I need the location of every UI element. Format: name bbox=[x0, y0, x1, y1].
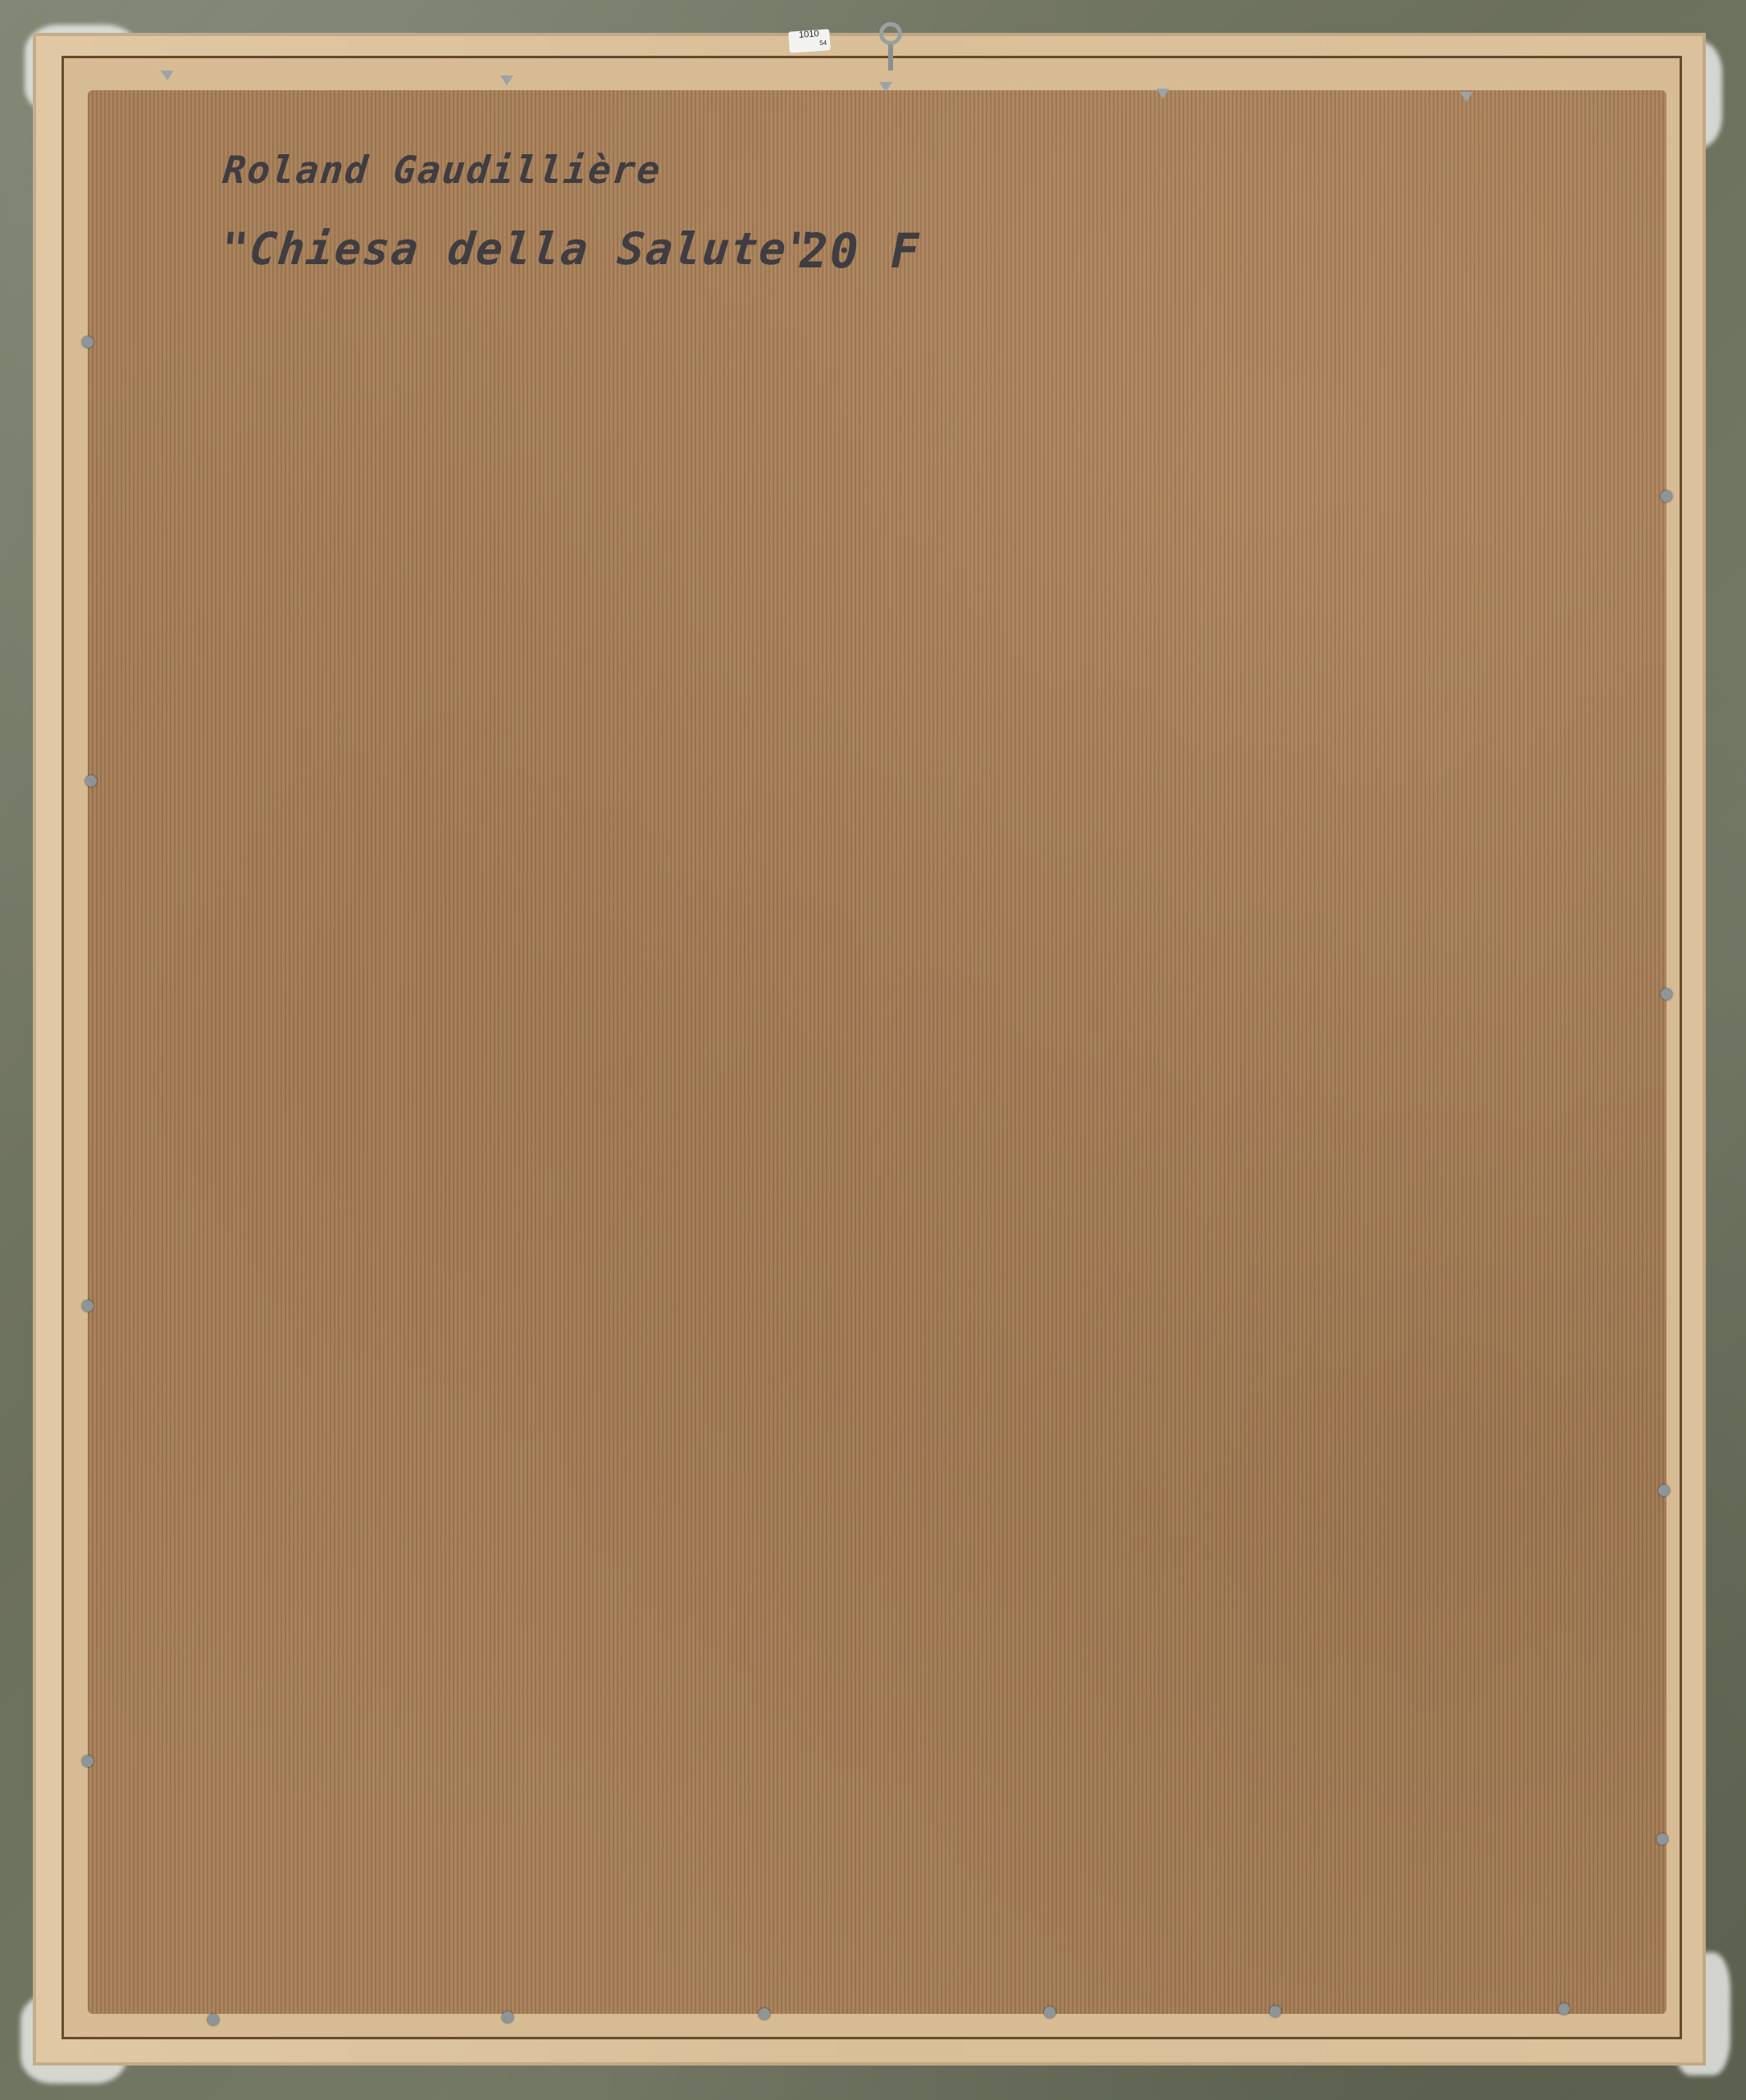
nail-icon bbox=[1657, 1833, 1668, 1845]
nail-icon bbox=[1658, 1485, 1670, 1496]
nail-icon bbox=[1661, 988, 1672, 1000]
painting-title: "Chiesa della Salute" bbox=[219, 223, 818, 275]
nail-icon bbox=[1156, 89, 1169, 98]
nail-icon bbox=[207, 2014, 219, 2025]
nail-icon bbox=[500, 75, 513, 85]
screw-eye-stem bbox=[888, 44, 893, 71]
nail-icon bbox=[82, 336, 93, 348]
artist-name: Roland Gaudillière bbox=[221, 148, 663, 192]
label-sub: 54 bbox=[789, 38, 831, 49]
nail-icon bbox=[879, 82, 892, 92]
nail-icon bbox=[502, 2011, 513, 2023]
nail-icon bbox=[759, 2008, 770, 2020]
nail-icon bbox=[82, 1755, 93, 1767]
canvas-size: 20 F bbox=[800, 223, 921, 279]
nail-icon bbox=[1661, 491, 1672, 502]
hardboard-backing bbox=[88, 90, 1666, 2014]
nail-icon bbox=[1460, 92, 1473, 102]
nail-icon bbox=[85, 775, 97, 787]
screw-eye-icon bbox=[879, 22, 902, 45]
nail-icon bbox=[161, 71, 174, 80]
label-number: 1010 bbox=[799, 29, 819, 40]
nail-icon bbox=[82, 1300, 93, 1312]
nail-icon bbox=[1044, 2006, 1055, 2018]
nail-icon bbox=[1270, 2006, 1281, 2017]
inventory-label: 1010 54 bbox=[788, 29, 831, 52]
nail-icon bbox=[1558, 2003, 1570, 2015]
